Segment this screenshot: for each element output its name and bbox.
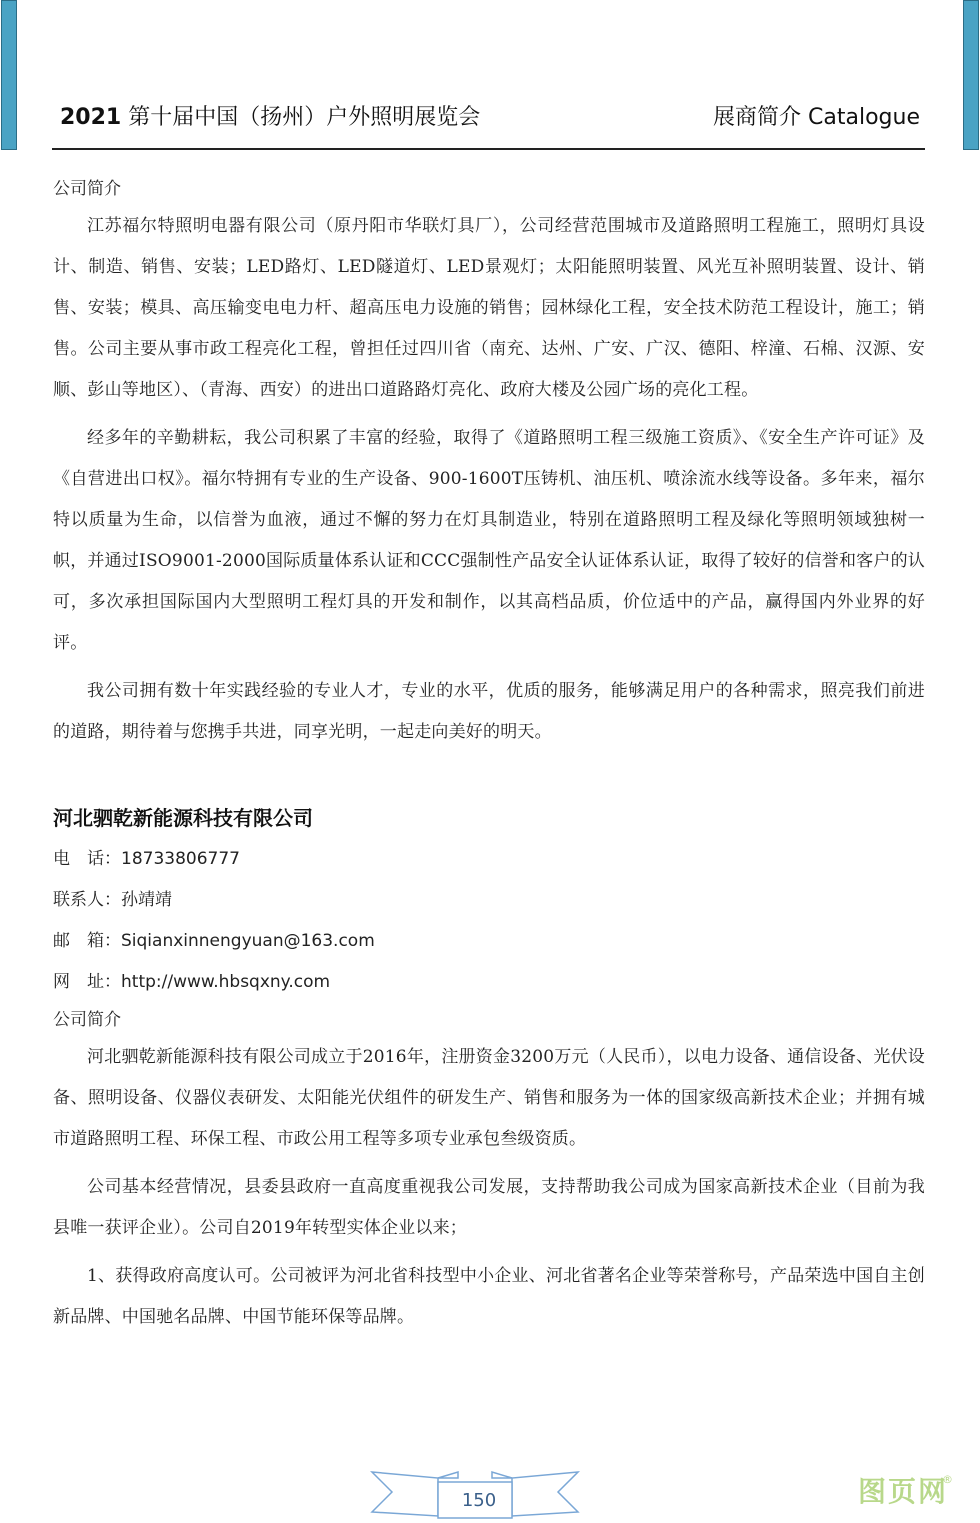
company-name-heading: 河北驷乾新能源科技有限公司: [53, 797, 925, 839]
email-value: Siqianxinnengyuan@163.com: [121, 931, 375, 951]
phone-value: 18733806777: [121, 849, 240, 869]
contact-label: 联系人：: [53, 880, 121, 921]
header-divider: [52, 148, 925, 150]
website-label: 网 址：: [53, 962, 121, 1003]
email-label: 邮 箱：: [53, 921, 121, 962]
contact-row: 联系人：孙靖靖: [53, 880, 925, 921]
exhibition-name: 第十届中国（扬州）户外照明展览会: [128, 105, 480, 130]
page-number: 150: [438, 1485, 520, 1517]
section-title: 展商简介 Catalogue: [713, 100, 920, 131]
page-content: 公司简介 江苏福尔特照明电器有限公司（原丹阳市华联灯具厂），公司经营范围城市及道…: [53, 172, 925, 1345]
right-decorative-bar: [963, 0, 979, 150]
page-number-ribbon: 150: [370, 1468, 580, 1520]
company-intro-label: 公司简介: [53, 1003, 925, 1037]
left-decorative-bar: [1, 0, 17, 150]
phone-label: 电 话：: [53, 839, 121, 880]
company2-paragraph: 河北驷乾新能源科技有限公司成立于2016年，注册资金3200万元（人民币），以电…: [53, 1037, 925, 1160]
watermark-logo: 图页网®: [858, 1470, 955, 1510]
website-value: http://www.hbsqxny.com: [121, 972, 330, 992]
company1-paragraph: 江苏福尔特照明电器有限公司（原丹阳市华联灯具厂），公司经营范围城市及道路照明工程…: [53, 206, 925, 411]
company2-paragraph: 1、获得政府高度认可。公司被评为河北省科技型中小企业、河北省著名企业等荣誉称号，…: [53, 1256, 925, 1338]
company-intro-label: 公司简介: [53, 172, 925, 206]
phone-row: 电 话：18733806777: [53, 839, 925, 880]
website-row: 网 址：http://www.hbsqxny.com: [53, 962, 925, 1003]
company2-paragraph: 公司基本经营情况，县委县政府一直高度重视我公司发展，支持帮助我公司成为国家高新技…: [53, 1167, 925, 1249]
watermark-text: 图页网: [858, 1475, 948, 1508]
exhibition-year: 2021: [60, 105, 121, 130]
email-row: 邮 箱：Siqianxinnengyuan@163.com: [53, 921, 925, 962]
page-header: 2021 第十届中国（扬州）户外照明展览会 展商简介 Catalogue: [58, 96, 922, 134]
company1-paragraph: 经多年的辛勤耕耘，我公司积累了丰富的经验，取得了《道路照明工程三级施工资质》、《…: [53, 418, 925, 664]
contact-value: 孙靖靖: [121, 890, 172, 910]
registered-mark-icon: ®: [942, 1473, 955, 1486]
exhibition-title: 2021 第十届中国（扬州）户外照明展览会: [60, 100, 480, 131]
company1-paragraph: 我公司拥有数十年实践经验的专业人才，专业的水平，优质的服务，能够满足用户的各种需…: [53, 671, 925, 753]
